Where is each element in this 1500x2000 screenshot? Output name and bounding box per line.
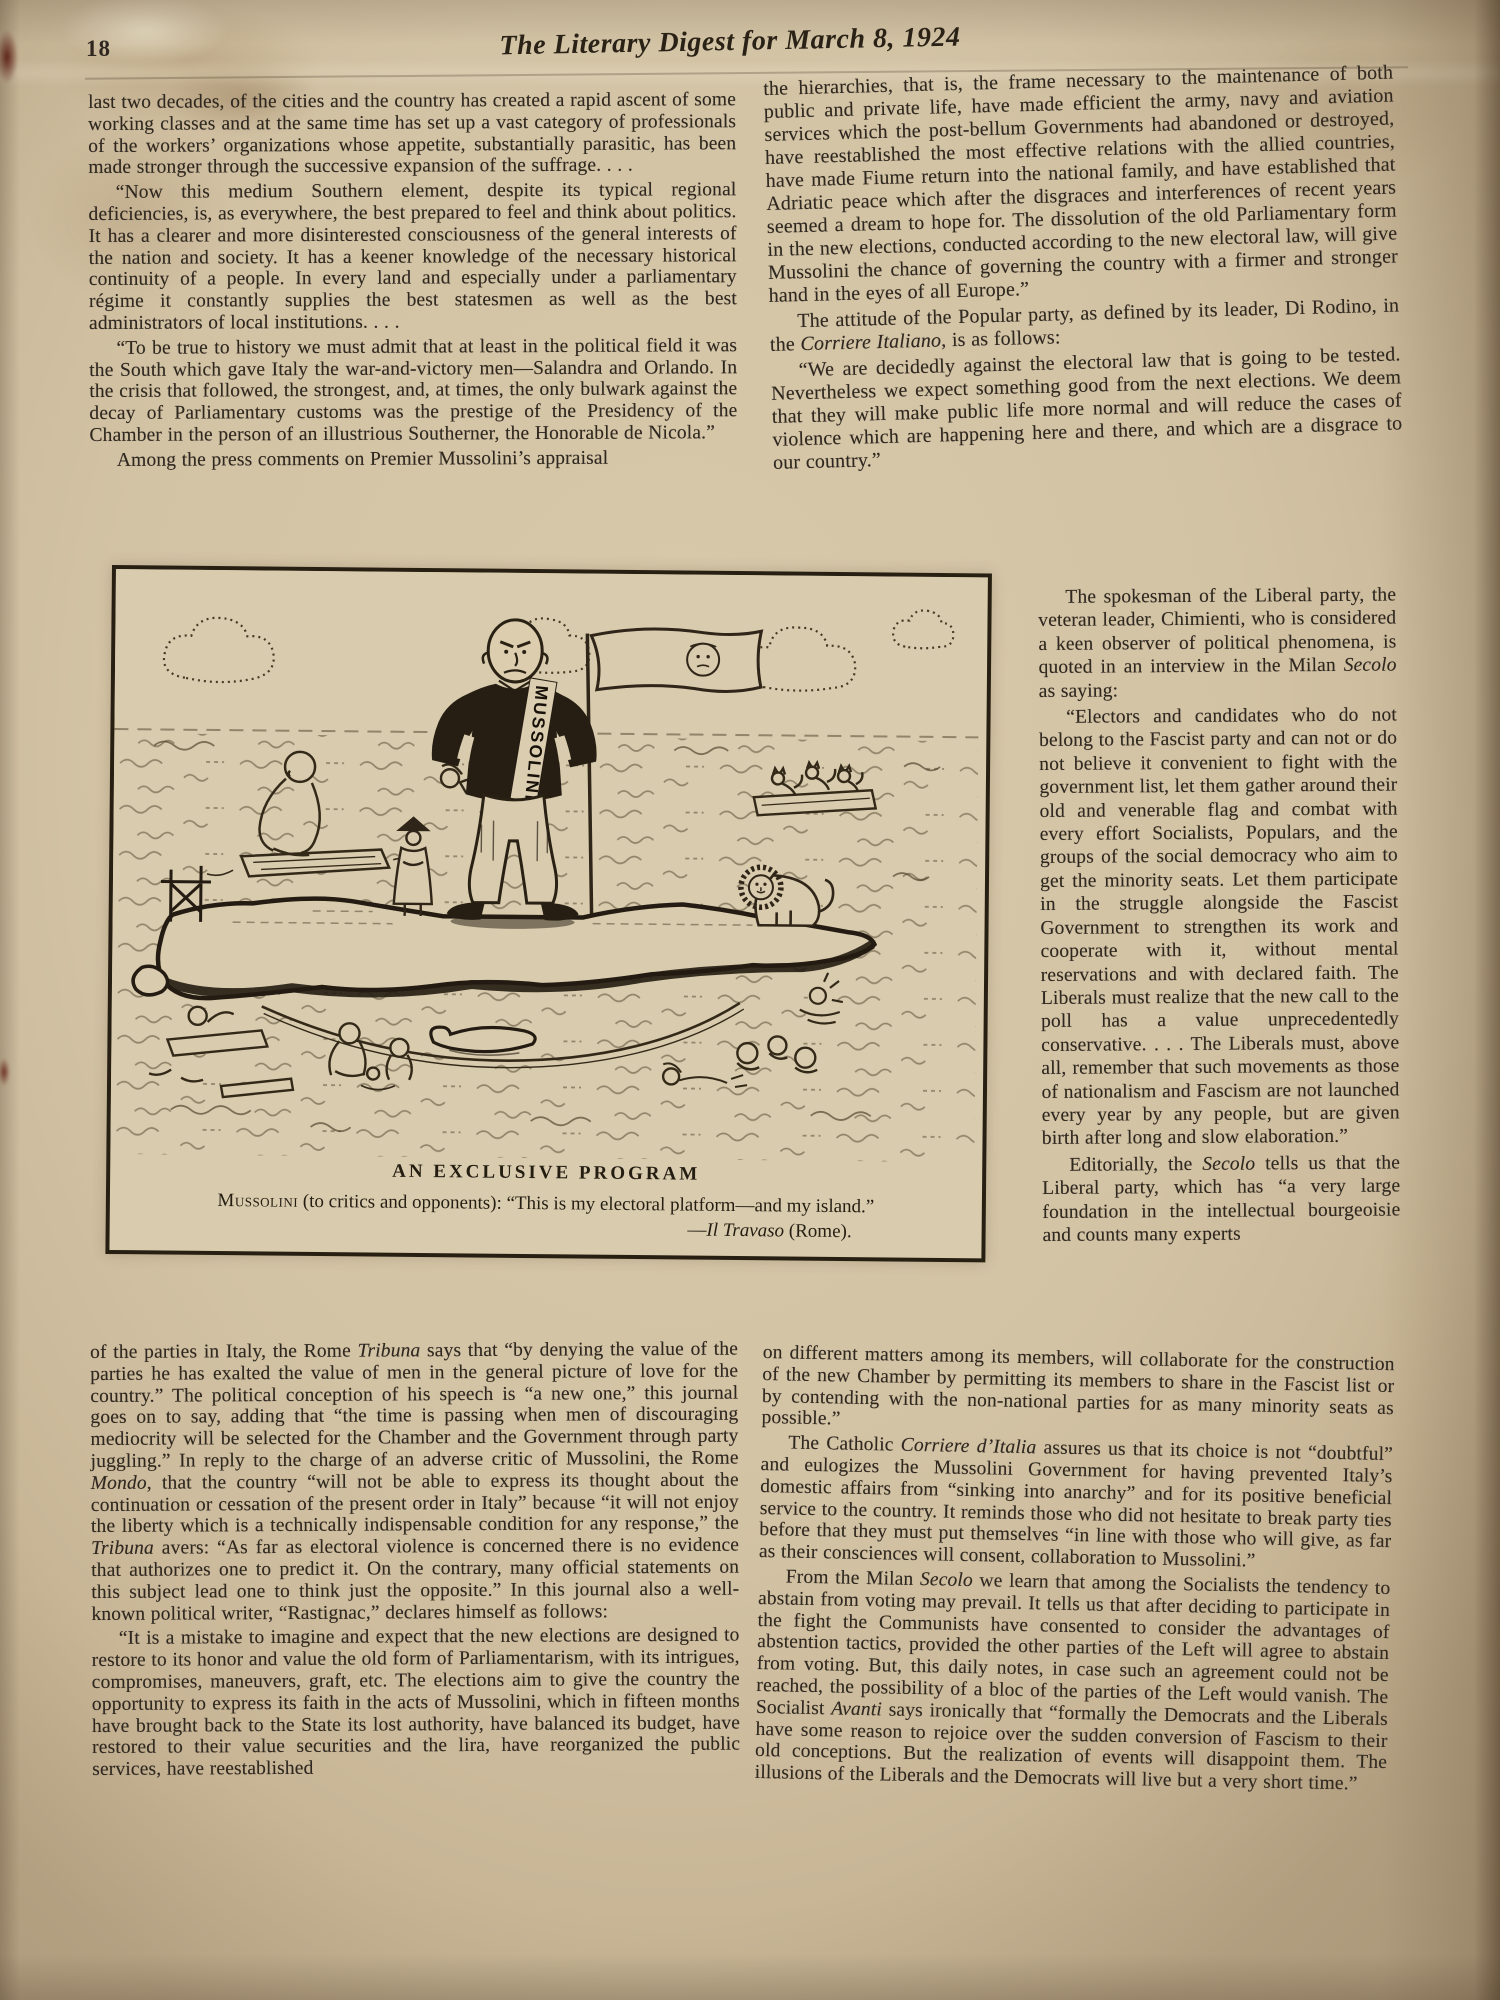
paragraph: Among the press comments on Premier Muss… — [90, 447, 738, 472]
column-right-beside-cartoon: The spokesman of the Liberal party, the … — [1038, 581, 1401, 1248]
italic-text: Tribuna — [357, 1340, 420, 1361]
cartoon-caption-block: AN EXCLUSIVE PROGRAM Mussolini (to criti… — [109, 1154, 982, 1258]
column-right-bottom: on different matters among its members, … — [755, 1342, 1395, 1796]
magazine-page: 18 The Literary Digest for March 8, 1924… — [0, 0, 1500, 2000]
editorial-cartoon-frame: MUSSOLINI — [105, 565, 992, 1262]
italic-text: Il Travaso — [706, 1220, 784, 1242]
page-title: The Literary Digest for March 8, 1924 — [0, 12, 1460, 72]
paragraph: the hierarchies, that is, the frame nece… — [763, 62, 1399, 308]
paragraph: “Now this medium Southern element, despi… — [88, 179, 737, 334]
italic-text: Avanti — [831, 1698, 882, 1720]
paragraph: “We are decidedly against the electoral … — [770, 343, 1403, 474]
editorial-cartoon: MUSSOLINI — [110, 569, 980, 1162]
paragraph: “Electors and candidates who do not belo… — [1039, 704, 1400, 1151]
italic-text: Secolo — [920, 1569, 973, 1591]
italic-text: Corriere d’Italia — [901, 1435, 1037, 1459]
paragraph: The spokesman of the Liberal party, the … — [1038, 584, 1397, 704]
paragraph: Editorially, the Secolo tells us that th… — [1042, 1151, 1401, 1247]
column-right-top: the hierarchies, that is, the frame nece… — [763, 62, 1403, 475]
paragraph: “It is a mistake to imagine and expect t… — [91, 1625, 740, 1781]
italic-text: Mondo — [91, 1472, 147, 1493]
italic-text: Secolo — [1344, 655, 1397, 676]
paragraph: The Catholic Corriere d’Italia assures u… — [759, 1432, 1393, 1575]
italic-text: Corriere Italiano — [800, 329, 941, 355]
paragraph: “To be true to history we must admit tha… — [89, 335, 737, 447]
italic-text: Tribuna — [91, 1538, 154, 1559]
cartoon-attribution: —Il Travaso (Rome). — [122, 1214, 970, 1244]
small-caps-text: Mussolini — [217, 1190, 298, 1212]
italic-text: Secolo — [1202, 1153, 1255, 1174]
paragraph: From the Milan Secolo we learn that amon… — [755, 1566, 1391, 1796]
column-left-top: last two decades, of the cities and the … — [88, 89, 738, 471]
paragraph: on different matters among its members, … — [761, 1342, 1395, 1441]
paragraph: last two decades, of the cities and the … — [88, 89, 736, 179]
red-ink-mark — [0, 1058, 10, 1086]
paragraph: of the parties in Italy, the Rome Tribun… — [90, 1339, 739, 1626]
cartoon-title: AN EXCLUSIVE PROGRAM — [122, 1158, 970, 1188]
column-left-bottom: of the parties in Italy, the Rome Tribun… — [90, 1339, 740, 1781]
